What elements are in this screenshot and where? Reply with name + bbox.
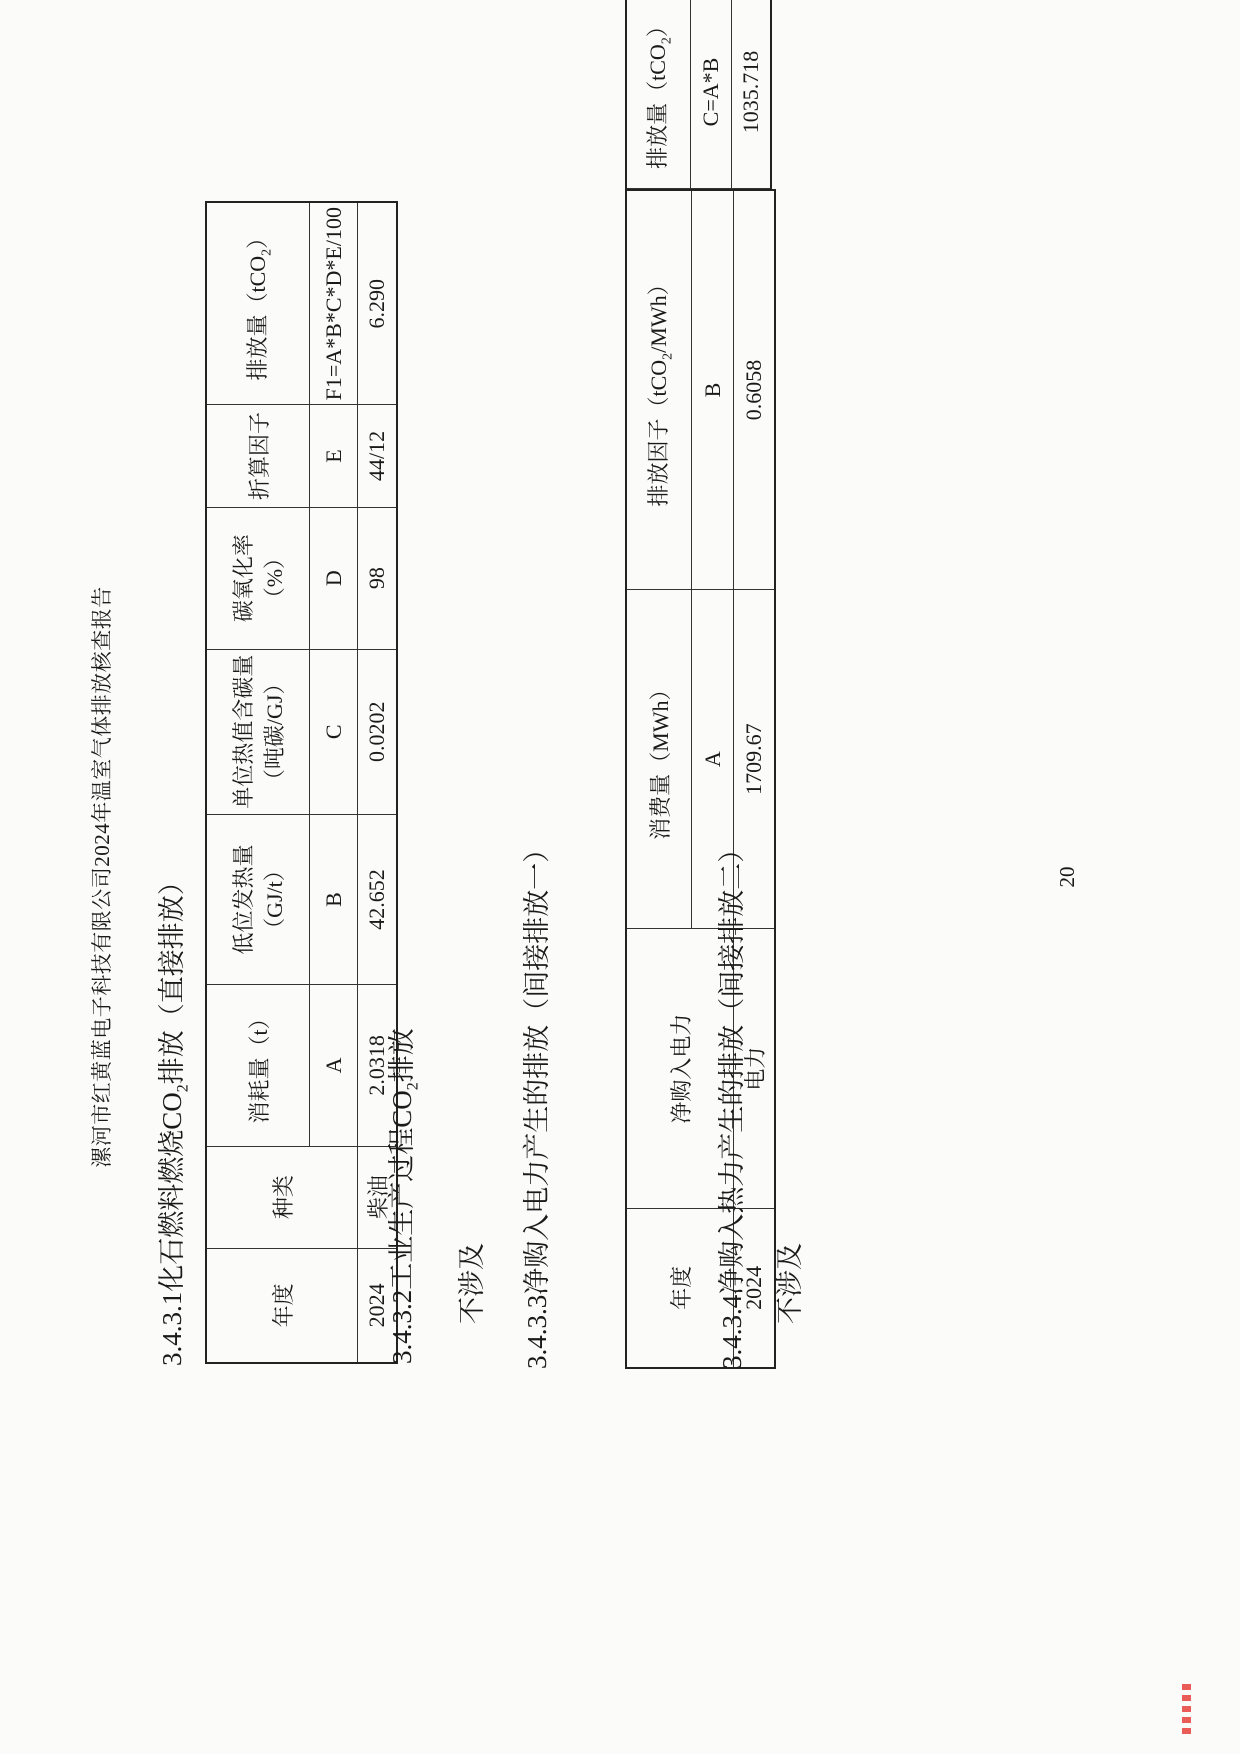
title-text: 排放 bbox=[387, 1028, 417, 1082]
table-symbol-row: C=A*B bbox=[690, 0, 731, 189]
running-header: 漯河市红黄蓝电子科技有限公司2024年温室气体排放核查报告 bbox=[86, 0, 116, 1754]
header-emission-factor: 排放因子（tCO2/MWh） bbox=[626, 190, 692, 589]
subscript: 2 bbox=[659, 37, 674, 44]
header-conversion: 折算因子 bbox=[206, 405, 310, 507]
cell-ncv: 42.652 bbox=[358, 814, 398, 984]
table-header-row: 年度 净购入电力 消费量（MWh） 排放因子（tCO2/MWh） bbox=[626, 190, 692, 1368]
header-text: 排放量（tCO bbox=[245, 256, 270, 381]
header-consumption: 消耗量（t） bbox=[206, 985, 310, 1146]
header-text: /MWh） bbox=[646, 273, 671, 352]
subscript: 2 bbox=[660, 353, 675, 360]
header-text: ） bbox=[245, 227, 270, 249]
symbol-carbon-content: C bbox=[310, 649, 358, 814]
purchased-electricity-emission-column: 排放量（tCO2） C=A*B 1035.718 bbox=[625, 0, 772, 189]
red-stamp-fragment bbox=[1182, 1684, 1191, 1734]
cell-oxidation: 98 bbox=[358, 507, 398, 649]
symbol-oxidation: D bbox=[310, 507, 358, 649]
title-text: 3.4.3.1化石燃料燃烧CO bbox=[157, 1092, 187, 1366]
symbol-consumption: A bbox=[310, 985, 358, 1146]
header-text: 排放量（tCO bbox=[645, 44, 670, 169]
cell-emission: 1035.718 bbox=[731, 0, 771, 189]
header-emission: 排放量（tCO2） bbox=[626, 0, 690, 189]
symbol-factor: B bbox=[692, 190, 734, 589]
purchased-electricity-table: 年度 净购入电力 消费量（MWh） 排放因子（tCO2/MWh） A B 202… bbox=[625, 189, 776, 1369]
fossil-fuel-table: 年度 种类 消耗量（t） 低位发热量（GJ/t） 单位热值含碳量 （吨碳/GJ）… bbox=[205, 201, 398, 1364]
symbol-emission: C=A*B bbox=[690, 0, 731, 189]
not-applicable-text: 不涉及 bbox=[450, 1243, 489, 1324]
symbol-conversion: E bbox=[310, 405, 358, 507]
title-text: 3.4.3.2工业生产过程CO bbox=[387, 1090, 417, 1364]
table-header-row: 年度 种类 消耗量（t） 低位发热量（GJ/t） 单位热值含碳量 （吨碳/GJ）… bbox=[206, 202, 310, 1363]
table-row: 1035.718 bbox=[731, 0, 771, 189]
cell-emission: 6.290 bbox=[358, 202, 398, 405]
header-year: 年度 bbox=[206, 1248, 358, 1363]
not-applicable-text: 不涉及 bbox=[768, 1243, 807, 1324]
cell-factor: 0.6058 bbox=[734, 190, 776, 589]
section-title-industrial-process: 3.4.3.2工业生产过程CO2排放 bbox=[380, 1028, 422, 1364]
title-text: 排放（直接排放） bbox=[157, 868, 187, 1084]
page-number: 20 bbox=[1055, 0, 1080, 1754]
header-oxidation: 碳氧化率（%） bbox=[206, 507, 310, 649]
section-title-purchased-electricity: 3.4.3.3净购入电力产生的排放（间接排放一） bbox=[515, 836, 554, 1369]
table-header-row: 排放量（tCO2） bbox=[626, 0, 690, 189]
scanned-page-frame: 漯河市红黄蓝电子科技有限公司2024年温室气体排放核查报告 3.4.3.1化石燃… bbox=[0, 0, 1240, 1754]
header-consumption: 消费量（MWh） bbox=[626, 589, 692, 928]
header-type: 种类 bbox=[206, 1146, 358, 1248]
cell-carbon-content: 0.0202 bbox=[358, 649, 398, 814]
subscript: 2 bbox=[174, 1084, 191, 1092]
subscript: 2 bbox=[404, 1082, 421, 1090]
header-text: ） bbox=[645, 15, 670, 37]
symbol-ncv: B bbox=[310, 814, 358, 984]
section-title-fossil-fuel: 3.4.3.1化石燃料燃烧CO2排放（直接排放） bbox=[150, 868, 192, 1366]
header-line: 单位热值含碳量 bbox=[227, 654, 258, 810]
section-title-purchased-heat: 3.4.3.4净购入热力产生的排放（间接排放二） bbox=[710, 836, 749, 1369]
header-text: 排放因子（tCO bbox=[646, 360, 671, 507]
subscript: 2 bbox=[259, 249, 274, 256]
symbol-emission: F1=A*B*C*D*E/100 bbox=[310, 202, 358, 405]
header-carbon-content: 单位热值含碳量 （吨碳/GJ） bbox=[206, 649, 310, 814]
document-page: 漯河市红黄蓝电子科技有限公司2024年温室气体排放核查报告 3.4.3.1化石燃… bbox=[0, 0, 1240, 1754]
header-emission: 排放量（tCO2） bbox=[206, 202, 310, 405]
header-line: （吨碳/GJ） bbox=[258, 654, 289, 810]
cell-conversion: 44/12 bbox=[358, 405, 398, 507]
header-ncv: 低位发热量（GJ/t） bbox=[206, 814, 310, 984]
